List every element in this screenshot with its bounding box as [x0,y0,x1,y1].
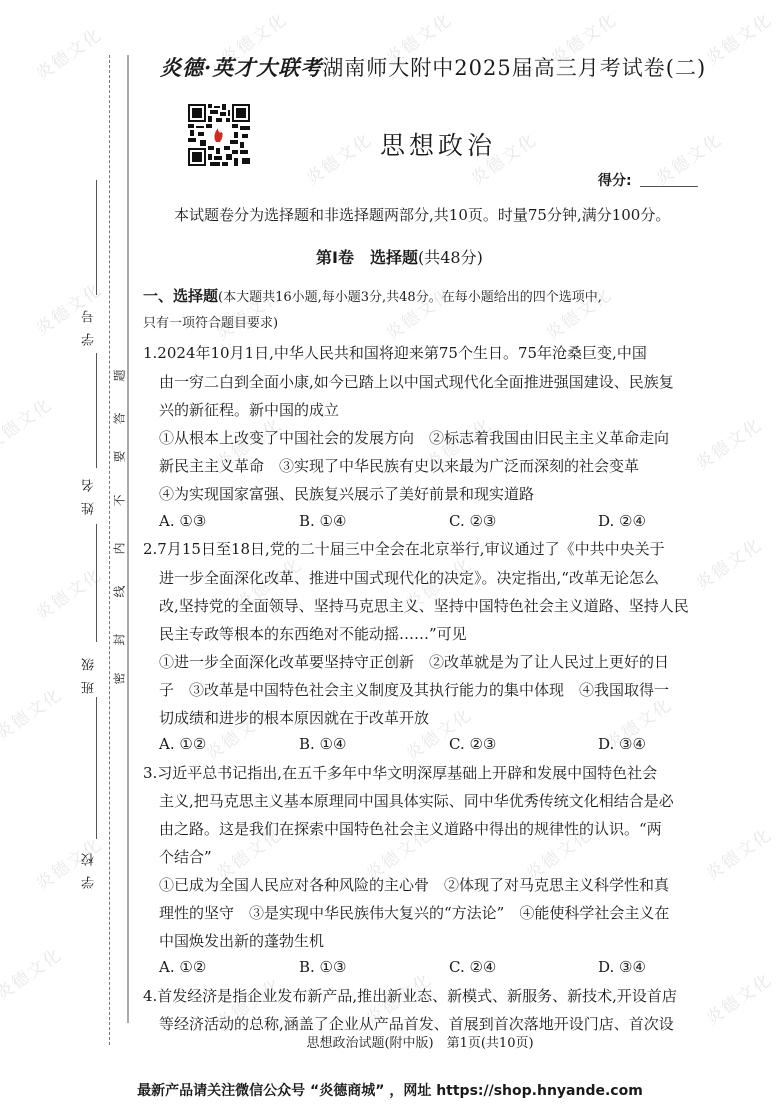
watermark: 炎德文化 [0,680,66,744]
watermark: 炎德文化 [300,125,377,189]
school-label: 学校 [82,840,98,892]
option-b[interactable]: B. ①④ [299,512,346,530]
option-b[interactable]: B. ①④ [299,735,346,753]
part-heading: 一、选择题(本大题共16小题,每小题3分,共48分。在每小题给出的四个选项中, [143,284,602,310]
promo-banner[interactable]: 最新产品请关注微信公众号 “炎德商城” ，网址 https://shop.hny… [0,1080,780,1100]
part-desc-cont: 只有一项符合题目要求) [143,312,278,336]
statement-line: 子 ③改革是中国特色社会主义制度及其执行能力的集中体现 ④我国取得一 [159,678,669,702]
seal-char: 内 [111,542,128,556]
watermark: 炎德文化 [650,125,727,189]
seal-char: 线 [111,585,128,599]
statement-line: 新民主主义革命 ③实现了中华民族有史以来最为广泛而深刻的社会变革 [159,454,639,478]
option-c[interactable]: C. ②④ [449,958,496,976]
part-desc: (本大题共16小题,每小题3分,共48分。在每小题给出的四个选项中, [218,290,602,305]
statement-line: 理性的坚守 ③是实现中华民族伟大复兴的“方法论” ④能使科学社会主义在 [159,901,669,925]
option-c[interactable]: C. ②③ [449,512,496,530]
name-label: 姓名 [82,466,98,518]
watermark: 炎德文化 [0,940,66,1004]
exam-intro: 本试题卷分为选择题和非选择题两部分,共10页。时量75分钟,满分100分。 [174,203,670,227]
student-id-field-line[interactable] [96,180,97,295]
part-label: 一、选择题 [143,287,218,305]
statement-line: 切成绩和进步的根本原因就在于改革开放 [159,706,429,730]
score-field[interactable] [640,186,698,187]
seal-char: 题 [111,369,128,383]
question-line: 个结合” [159,845,212,869]
question-line: 由之路。这是我们在探索中国特色社会主义道路中得出的规律性的认识。“两 [159,817,662,841]
section-title: 第Ⅰ卷 选择题(共48分) [316,246,483,270]
watermark: 炎德文化 [700,5,777,69]
seal-char: 不 [111,494,128,508]
question-line: 由一穷二白到全面小康,如今已踏上以中国式现代化全面推进强国建设、民族复 [159,370,674,394]
section-title-bold: 第Ⅰ卷 选择题 [316,248,418,267]
class-label: 班级 [82,645,98,697]
watermark: 炎德文化 [0,390,56,454]
subject-title: 思想政治 [380,126,496,162]
section-title-rest: (共48分) [418,248,483,267]
option-c[interactable]: C. ②③ [449,735,496,753]
watermark: 炎德文化 [30,560,107,624]
exam-title: 炎德·英才大联考湖南师大附中2025届高三月考试卷(二) [160,52,706,82]
seal-char: 要 [111,450,128,464]
question-line: 3.习近平总书记指出,在五千多年中华文明深厚基础上开辟和发展中国特色社会 [143,761,657,785]
statement-line: 中国焕发出新的蓬勃生机 [159,929,324,953]
class-field-line[interactable] [96,697,97,839]
question-line: 兴的新征程。新中国的成立 [159,398,339,422]
option-d[interactable]: D. ③④ [598,735,646,753]
statement-line: ①进一步全面深化改革要坚持守正创新 ②改革就是为了让人民过上更好的日 [159,650,669,674]
exam-brand: 炎德·英才大联考 [160,55,322,80]
question-line: 1.2024年10月1日,中华人民共和国将迎来第75个生日。75年沧桑巨变,中国 [143,341,647,365]
student-id-label: 学号 [82,298,98,348]
option-d[interactable]: D. ③④ [598,958,646,976]
question-line: 改,坚持党的全面领导、坚持马克思主义、坚持中国特色社会主义道路、坚持人民 [159,594,689,618]
name-field-line[interactable] [96,524,97,642]
question-line: 民主专政等根本的东西绝对不能动摇……”可见 [159,622,467,646]
score-label: 得分: [598,170,632,190]
option-b[interactable]: B. ①③ [299,958,346,976]
page-footer: 思想政治试题(附中版) 第1页(共10页) [30,1032,780,1051]
seal-char: 封 [111,633,128,647]
question-line: 主义,把马克思主义基本原理同中国具体实际、同中华优秀传统文化相结合是必 [159,789,674,813]
question-line: 2.7月15日至18日,党的二十届三中全会在北京举行,审议通过了《中共中央关于 [143,537,665,561]
seal-char: 密 [111,672,128,686]
question-line: 进一步全面深化改革、推进中国式现代化的决定》。决定指出,“改革无论怎么 [159,566,659,590]
question-line: 4.首发经济是指企业发布新产品,推出新业态、新模式、新服务、新技术,开设首店 [143,984,677,1008]
option-a[interactable]: A. ①③ [159,512,206,530]
option-d[interactable]: D. ②④ [598,512,646,530]
watermark: 炎德文化 [690,410,767,474]
qr-code-icon[interactable] [188,104,250,166]
exam-title-rest: 湖南师大附中2025届高三月考试卷(二) [322,56,706,80]
option-a[interactable]: A. ①② [159,735,206,753]
option-a[interactable]: A. ①② [159,958,206,976]
watermark: 炎德文化 [700,965,777,1029]
watermark: 炎德文化 [690,530,767,594]
watermark: 炎德文化 [30,20,107,84]
seal-char: 答 [111,412,128,426]
watermark: 炎德文化 [700,820,777,884]
statement-line: ④为实现国家富强、民族复兴展示了美好前景和现实道路 [159,482,534,506]
margin-rule [127,55,129,1023]
student-id-field-line-lower [96,353,97,468]
statement-line: ①已成为全国人民应对各种风险的主心骨 ②体现了对马克思主义科学性和真 [159,873,669,897]
statement-line: ①从根本上改变了中国社会的发展方向 ②标志着我国由旧民主主义革命走向 [159,426,669,450]
